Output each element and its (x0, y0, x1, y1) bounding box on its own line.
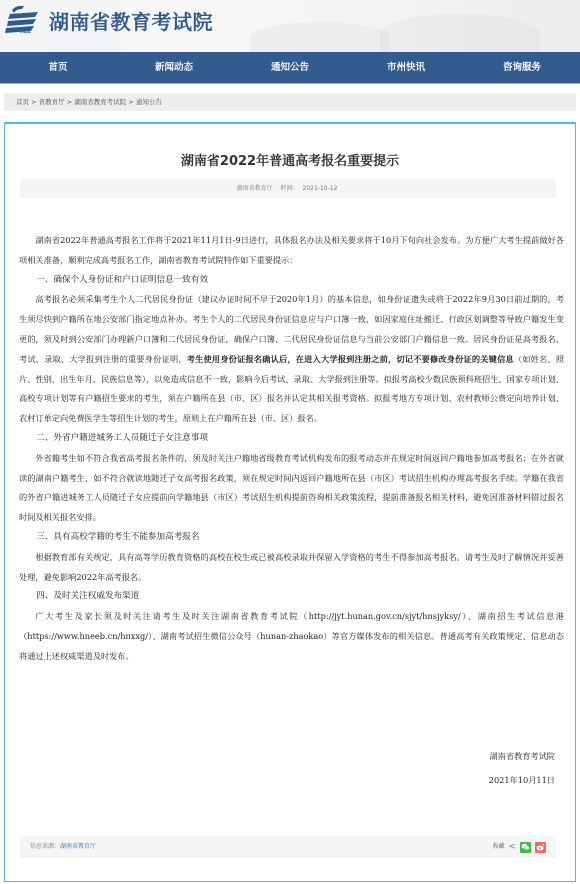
breadcrumb-separator: > (67, 98, 72, 106)
weibo-share-icon[interactable] (535, 842, 546, 853)
nav-item-news[interactable]: 新闻动态 (116, 52, 232, 83)
nav-item-city-news[interactable]: 市州快讯 (348, 52, 464, 83)
paragraph-official-channels: 广大考生及家长须及时关注请考生及时关注湖南省教育考试院（http://jyt.h… (19, 607, 564, 666)
section-heading-4: 四、及时关注权威发布渠道 (19, 587, 564, 607)
section-heading-1: 一、确保个人身份证和户口证明信息一致有效 (19, 271, 564, 291)
signature-date: 2021年10月11日 (489, 768, 555, 792)
paragraph-migrant-workers: 外省籍考生如不符合我省高考报名条件的，须及时关注户籍地省级教育考试机构发布的报考… (19, 449, 564, 528)
article-time-label: 时间： (281, 185, 299, 192)
paragraph-id-card-emphasis: 考生使用身份证报名确认后，在进入大学报到注册之前，切记不要修改身份证的关键信息 (187, 354, 514, 364)
article-title: 湖南省2022年普通高考报名重要提示 (5, 150, 575, 169)
nav-item-notices[interactable]: 通知公告 (232, 52, 348, 83)
paragraph-college-students: 根据教育部有关规定，具有高等学历教育资格的高校在校生或已被高校录取并保留入学资格… (19, 548, 564, 588)
article-source: 湖南省教育厅 (237, 185, 273, 192)
section-heading-3: 三、具有高校学籍的考生不能参加高考报名 (19, 528, 564, 548)
article-signature: 湖南省教育考试院 2021年10月11日 (489, 744, 555, 792)
wechat-share-icon[interactable] (520, 842, 531, 853)
breadcrumb-separator: > (31, 98, 36, 106)
nav-item-home[interactable]: 首页 (0, 52, 116, 83)
signature-org: 湖南省教育考试院 (489, 744, 555, 768)
paragraph-id-card-text-cont: （如姓名、照片、性别、出生年月、民族信息等），以免造成信息不一致，影响今后考试、… (19, 354, 564, 423)
article-footer: 信息来源：湖南省教育厅 收藏 < (20, 836, 556, 858)
section-heading-2: 二、外省户籍进城务工人员随迁子女注意事项 (19, 429, 564, 449)
breadcrumb-separator: > (128, 98, 133, 106)
article-body: 湖南省2022年普通高考报名工作将于2021年11月1日-9日进行，具体报名办法… (19, 231, 564, 667)
article-meta: 湖南省教育厅 时间：2021-10-12 (20, 179, 556, 198)
site-title[interactable]: 湖南省教育考试院 (49, 6, 213, 35)
source-link[interactable]: 湖南省教育厅 (60, 843, 96, 850)
header-background-decoration (250, 22, 390, 52)
breadcrumb-exam-authority[interactable]: 湖南省教育考试院 (74, 98, 126, 106)
header-background-decoration (380, 14, 540, 52)
paragraph-id-card: 高考报名必须采集考生个人二代居民身份证（建议办证时间不早于2020年1月）的基本… (19, 290, 564, 429)
favorite-button[interactable]: 收藏 (492, 836, 504, 858)
breadcrumb-notices[interactable]: 通知公告 (136, 98, 162, 106)
breadcrumb: 首页 > 省教育厅 > 湖南省教育考试院 > 通知公告 (4, 93, 576, 111)
share-icon[interactable]: < (508, 836, 516, 858)
main-nav: 首页 新闻动态 通知公告 市州快讯 咨询服务 (0, 52, 580, 84)
site-header: HEE 湖南省教育考试院 (0, 0, 580, 52)
article-container: 湖南省2022年普通高考报名重要提示 湖南省教育厅 时间：2021-10-12 … (4, 122, 576, 882)
nav-item-consulting[interactable]: 咨询服务 (464, 52, 580, 83)
breadcrumb-education-dept[interactable]: 省教育厅 (39, 98, 65, 106)
logo-subtext: HEE (20, 29, 31, 35)
paragraph-intro: 湖南省2022年普通高考报名工作将于2021年11月1日-9日进行，具体报名办法… (19, 231, 564, 271)
source-label: 信息来源： (30, 843, 60, 850)
article-time: 2021-10-12 (303, 185, 338, 192)
breadcrumb-home[interactable]: 首页 (16, 98, 29, 106)
share-group: 收藏 < (492, 836, 546, 858)
